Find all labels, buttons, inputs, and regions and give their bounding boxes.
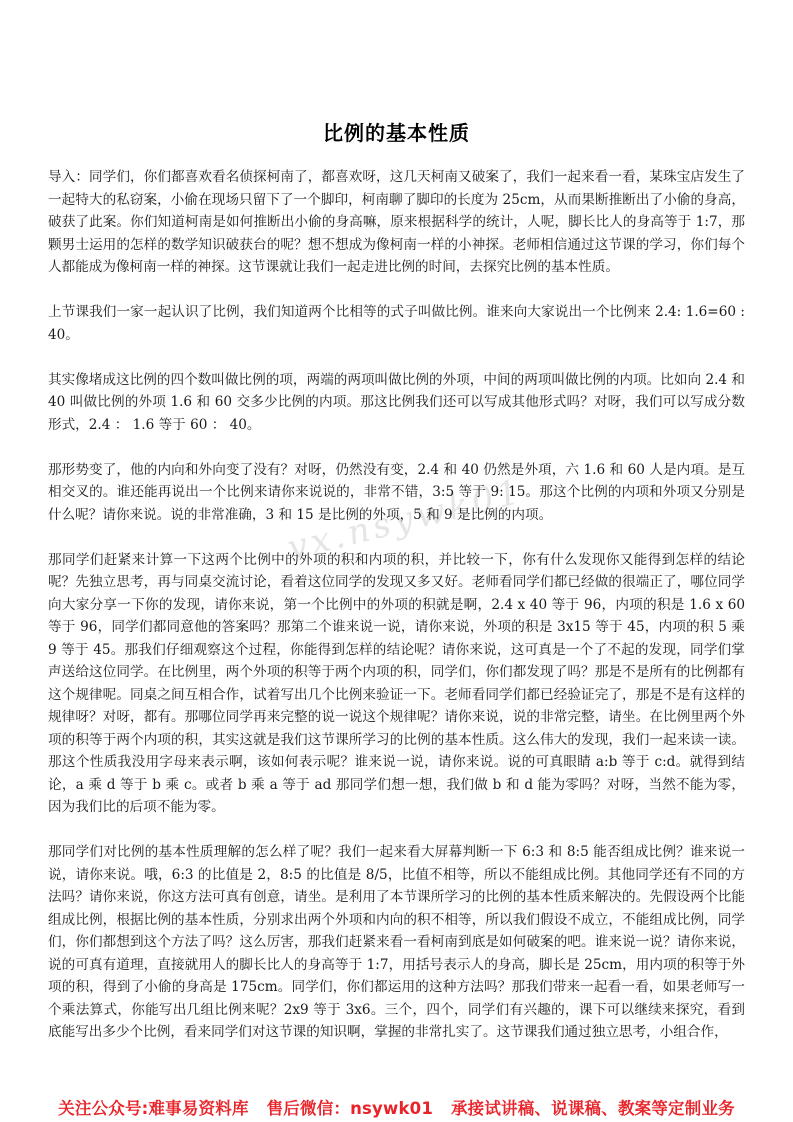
document-body: 导入：同学们，你们都喜欢看名侦探柯南了，都喜欢呀，这几天柯南又破案了，我们一起来… <box>48 166 745 1066</box>
document-title: 比例的基本性质 <box>0 117 793 146</box>
document-page: 比例的基本性质 vx.nsywk01 导入：同学们，你们都喜欢看名侦探柯南了，都… <box>0 0 793 1122</box>
footer-banner: 关注公众号:难事易资料库 售后微信：nsywk01 承接试讲稿、说课稿、教案等定… <box>0 1095 793 1119</box>
paragraph-intro: 导入：同学们，你们都喜欢看名侦探柯南了，都喜欢呀，这几天柯南又破案了，我们一起来… <box>48 166 745 279</box>
paragraph: 那同学们对比例的基本性质理解的怎么样了呢？我们一起来看大屏幕判断一下 6:3 和… <box>48 841 745 1044</box>
paragraph: 那形势变了，他的内向和外向变了没有？对呀，仍然没有变，2.4 和 40 仍然是外… <box>48 459 745 527</box>
paragraph: 上节课我们一家一起认识了比例，我们知道两个比相等的式子叫做比例。谁来向大家说出一… <box>48 301 745 346</box>
paragraph: 那同学们赶紧来计算一下这两个比例中的外项的积和内项的积，并比较一下，你有什么发现… <box>48 549 745 819</box>
footer-services-text: 承接试讲稿、说课稿、教案等定制业务 <box>451 1099 735 1118</box>
paragraph: 其实像堵成这比例的四个数叫做比例的项，两端的两项叫做比例的外项，中间的两项叫做比… <box>48 369 745 437</box>
footer-follow-text: 关注公众号:难事易资料库 <box>58 1099 249 1118</box>
footer-wechat-text: 售后微信：nsywk01 <box>267 1099 433 1118</box>
